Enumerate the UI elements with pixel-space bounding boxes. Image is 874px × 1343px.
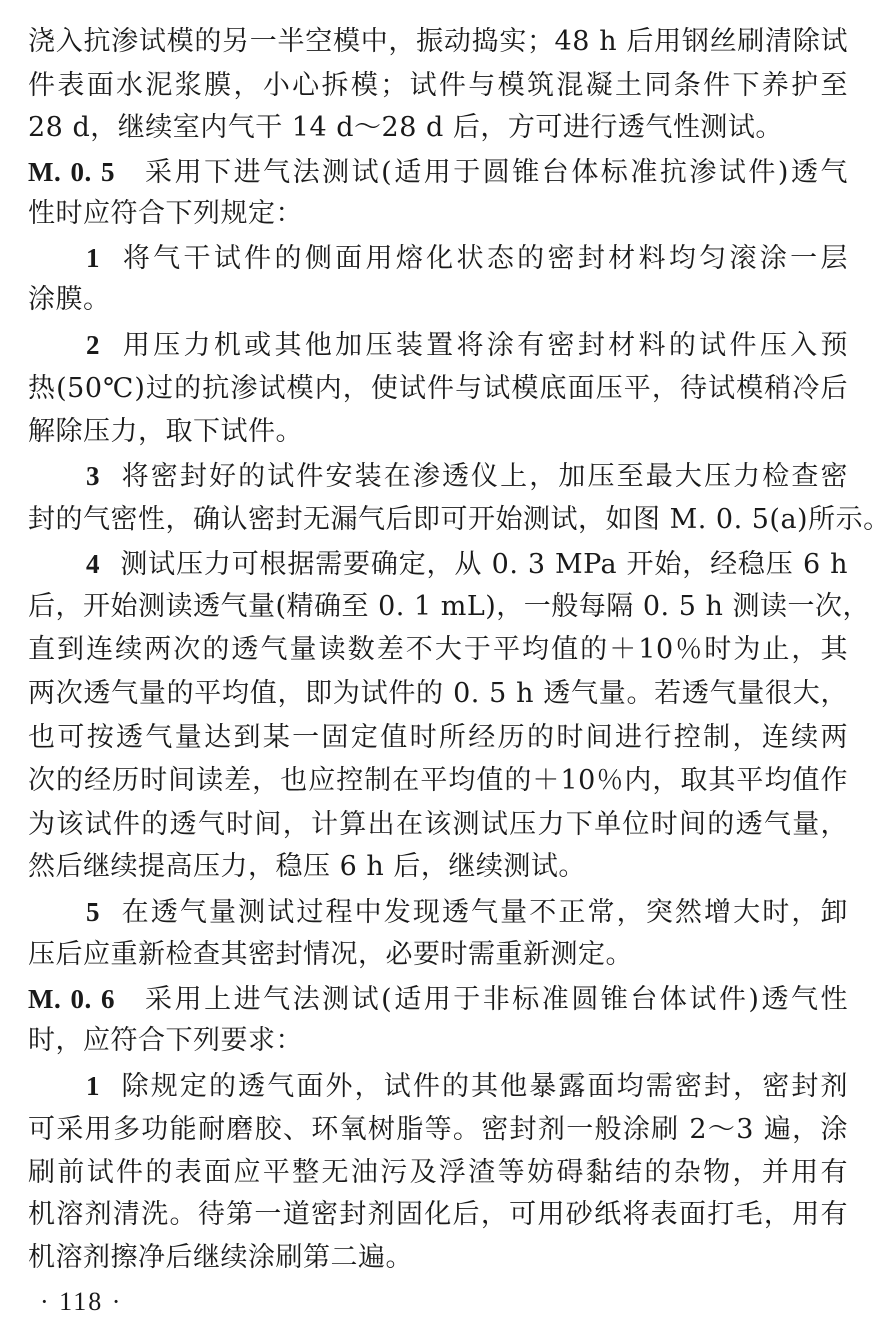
section-heading-m06: M. 0. 6采用上进气法测试(适用于非标准圆锥台体试件)透气性: [28, 981, 848, 1017]
item-number: 5: [86, 897, 100, 927]
text-line: 直到连续两次的透气量读数差不大于平均值的＋10％时为止，其: [28, 632, 848, 668]
text-line: 机溶剂擦净后继续涂刷第二遍。: [28, 1240, 848, 1276]
list-item-1: 1将气干试件的侧面用熔化状态的密封材料均匀滚涂一层: [28, 240, 848, 276]
text-line: 件表面水泥浆膜，小心拆模；试件与模筑混凝土同条件下养护至: [28, 68, 848, 104]
text-line: 为该试件的透气时间，计算出在该测试压力下单位时间的透气量，: [28, 807, 848, 843]
text-line: 压后应重新检查其密封情况，必要时需重新测定。: [28, 937, 848, 973]
section-number: M. 0. 6: [28, 984, 115, 1014]
text-line: 可采用多功能耐磨胶、环氧树脂等。密封剂一般涂刷 2～3 遍，涂: [28, 1112, 848, 1148]
list-item-1: 1除规定的透气面外，试件的其他暴露面均需密封，密封剂: [28, 1068, 848, 1104]
document-page: 浇入抗渗试模的另一半空模中，振动捣实；48 h 后用钢丝刷清除试 件表面水泥浆膜…: [0, 0, 874, 1343]
item-number: 1: [86, 243, 100, 273]
text-line: 两次透气量的平均值，即为试件的 0. 5 h 透气量。若透气量很大，: [28, 676, 848, 712]
item-number: 4: [86, 549, 100, 579]
text-line: 涂膜。: [28, 282, 848, 318]
list-item-5: 5在透气量测试过程中发现透气量不正常，突然增大时，卸: [28, 894, 848, 930]
list-item-2: 2用压力机或其他加压装置将涂有密封材料的试件压入预: [28, 327, 848, 363]
list-item-3: 3将密封好的试件安装在渗透仪上，加压至最大压力检查密: [28, 458, 848, 494]
text-line: 刷前试件的表面应平整无油污及浮渣等妨碍黏结的杂物，并用有: [28, 1155, 848, 1191]
text-line: 28 d，继续室内气干 14 d～28 d 后，方可进行透气性测试。: [28, 110, 848, 146]
text-line: 热(50℃)过的抗渗试模内，使试件与试模底面压平，待试模稍冷后: [28, 371, 848, 407]
text-line: 封的气密性，确认密封无漏气后即可开始测试，如图 M. 0. 5(a)所示。: [28, 502, 848, 538]
section-heading-m05: M. 0. 5采用下进气法测试(适用于圆锥台体标准抗渗试件)透气: [28, 154, 848, 190]
text-line: 解除压力，取下试件。: [28, 414, 848, 450]
page-number: · 118 ·: [40, 1284, 122, 1320]
item-number: 3: [86, 461, 100, 491]
text-line: 然后继续提高压力，稳压 6 h 后，继续测试。: [28, 849, 848, 885]
list-item-4: 4测试压力可根据需要确定，从 0. 3 MPa 开始，经稳压 6 h: [28, 546, 848, 582]
text-line: 也可按透气量达到某一固定值时所经历的时间进行控制，连续两: [28, 720, 848, 756]
text-line: 时，应符合下列要求：: [28, 1023, 848, 1059]
text-line: 次的经历时间读差，也应控制在平均值的＋10％内，取其平均值作: [28, 763, 848, 799]
text-line: 浇入抗渗试模的另一半空模中，振动捣实；48 h 后用钢丝刷清除试: [28, 24, 848, 60]
text-line: 性时应符合下列规定：: [28, 196, 848, 232]
item-number: 1: [86, 1071, 100, 1101]
text-line: 机溶剂清洗。待第一道密封剂固化后，可用砂纸将表面打毛，用有: [28, 1197, 848, 1233]
section-number: M. 0. 5: [28, 157, 115, 187]
item-number: 2: [86, 330, 100, 360]
text-line: 后，开始测读透气量(精确至 0. 1 mL)，一般每隔 0. 5 h 测读一次，: [28, 589, 848, 625]
